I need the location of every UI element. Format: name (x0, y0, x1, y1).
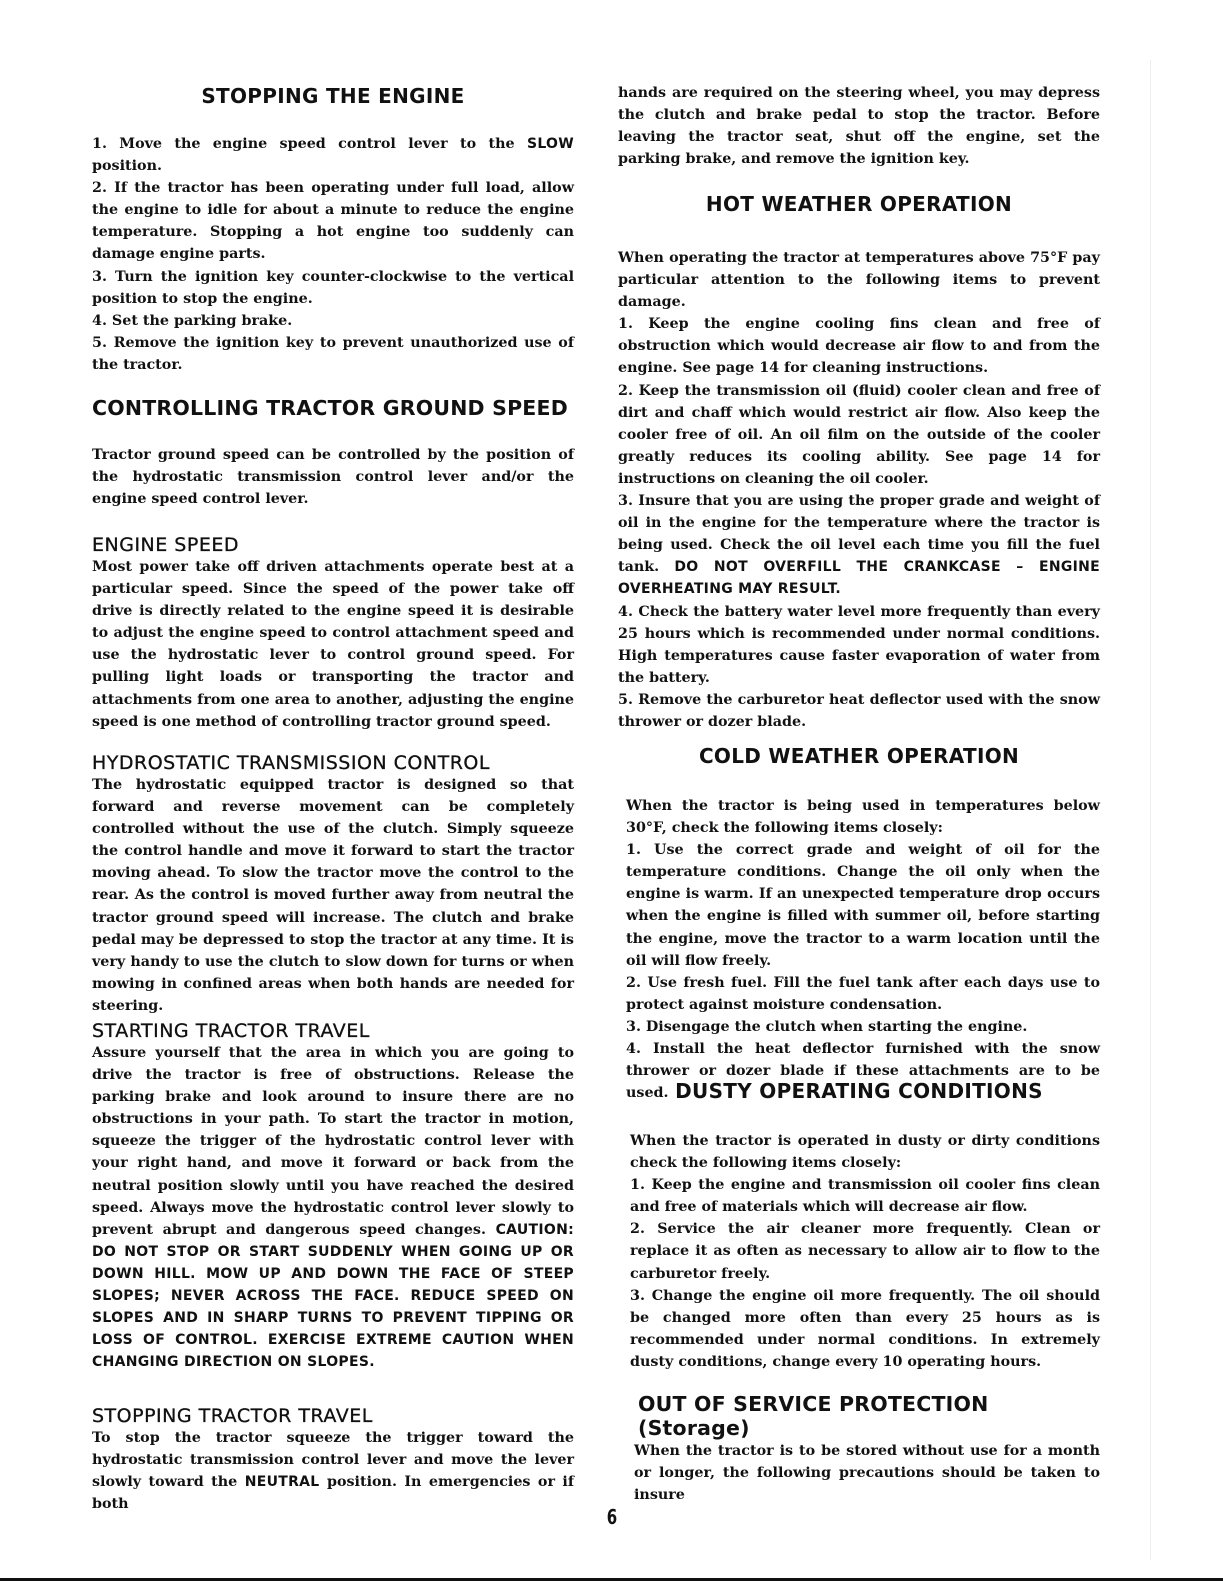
section-cold-weather: COLD WEATHER OPERATION (618, 744, 1100, 768)
scan-edge (1150, 60, 1151, 1560)
list-item: 5. Remove the carburetor heat deflector … (618, 689, 1100, 733)
section-title: CONTROLLING TRACTOR GROUND SPEED (92, 396, 574, 420)
section-starting-travel: STARTING TRACTOR TRAVEL Assure yourself … (92, 1020, 574, 1373)
list-item: 1. Move the engine speed control lever t… (92, 133, 574, 177)
cold-weather-body: When the tractor is being used in temper… (626, 795, 1100, 1104)
section-ground-speed: CONTROLLING TRACTOR GROUND SPEED (92, 396, 574, 420)
paragraph: When the tractor is being used in temper… (626, 795, 1100, 839)
list-item: 3. Change the engine oil more frequently… (630, 1285, 1100, 1373)
paragraph: Assure yourself that the area in which y… (92, 1042, 574, 1373)
section-storage: OUT OF SERVICE PROTECTION (Storage) (638, 1392, 1100, 1440)
section-stopping-travel: STOPPING TRACTOR TRAVEL To stop the trac… (92, 1405, 574, 1515)
paragraph: Most power take off driven attachments o… (92, 556, 574, 733)
section-title: HYDROSTATIC TRANSMISSION CONTROL (92, 752, 574, 774)
section-title: HOT WEATHER OPERATION (618, 192, 1100, 216)
list-item: 4. Check the battery water level more fr… (618, 601, 1100, 689)
list-item: 3. Turn the ignition key counter-clockwi… (92, 266, 574, 310)
list-item: 2. Service the air cleaner more frequent… (630, 1218, 1100, 1284)
paragraph: When operating the tractor at temperatur… (618, 247, 1100, 313)
section-hydrostatic: HYDROSTATIC TRANSMISSION CONTROL The hyd… (92, 752, 574, 1017)
ground-speed-body-wrap: Tractor ground speed can be controlled b… (92, 444, 574, 510)
list-item: 5. Remove the ignition key to prevent un… (92, 332, 574, 376)
list-item: 3. Disengage the clutch when starting th… (626, 1016, 1100, 1038)
continued-text-wrap: hands are required on the steering wheel… (618, 82, 1100, 170)
section-title: OUT OF SERVICE PROTECTION (Storage) (638, 1392, 1100, 1440)
list-item: 1. Use the correct grade and weight of o… (626, 839, 1100, 972)
paragraph: Tractor ground speed can be controlled b… (92, 444, 574, 510)
list-item: 2. Keep the transmission oil (fluid) coo… (618, 380, 1100, 490)
hot-weather-body: When operating the tractor at temperatur… (618, 247, 1100, 733)
caution-text: CAUTION: DO NOT STOP OR START SUDDENLY W… (92, 1222, 574, 1371)
section-title: COLD WEATHER OPERATION (618, 744, 1100, 768)
list-item: 4. Set the parking brake. (92, 310, 574, 332)
warning-text: DO NOT OVERFILL THE CRANKCASE – ENGINE O… (618, 559, 1100, 597)
section-stopping-engine: STOPPING THE ENGINE (92, 84, 574, 108)
paragraph: hands are required on the steering wheel… (618, 82, 1100, 170)
stopping-engine-list: 1. Move the engine speed control lever t… (92, 133, 574, 376)
page-number: 6 (607, 1505, 617, 1529)
section-title: STARTING TRACTOR TRAVEL (92, 1020, 574, 1042)
list-item: 2. If the tractor has been operating und… (92, 177, 574, 265)
section-dusty: DUSTY OPERATING CONDITIONS (618, 1079, 1100, 1103)
section-title: STOPPING TRACTOR TRAVEL (92, 1405, 574, 1427)
paragraph: When the tractor is to be stored without… (634, 1440, 1100, 1506)
section-title: ENGINE SPEED (92, 534, 574, 556)
list-item: 3. Insure that you are using the proper … (618, 490, 1100, 600)
list-item: 2. Use fresh fuel. Fill the fuel tank af… (626, 972, 1100, 1016)
dusty-body: When the tractor is operated in dusty or… (630, 1130, 1100, 1373)
list-item: 1. Keep the engine cooling fins clean an… (618, 313, 1100, 379)
bottom-border (0, 1578, 1223, 1581)
section-engine-speed: ENGINE SPEED Most power take off driven … (92, 534, 574, 733)
section-title: STOPPING THE ENGINE (92, 84, 574, 108)
list-item: 1. Keep the engine and transmission oil … (630, 1174, 1100, 1218)
storage-body: When the tractor is to be stored without… (634, 1440, 1100, 1506)
paragraph: The hydrostatic equipped tractor is desi… (92, 774, 574, 1017)
section-hot-weather: HOT WEATHER OPERATION (618, 192, 1100, 216)
paragraph: To stop the tractor squeeze the trigger … (92, 1427, 574, 1515)
section-title: DUSTY OPERATING CONDITIONS (618, 1079, 1100, 1103)
paragraph: When the tractor is operated in dusty or… (630, 1130, 1100, 1174)
